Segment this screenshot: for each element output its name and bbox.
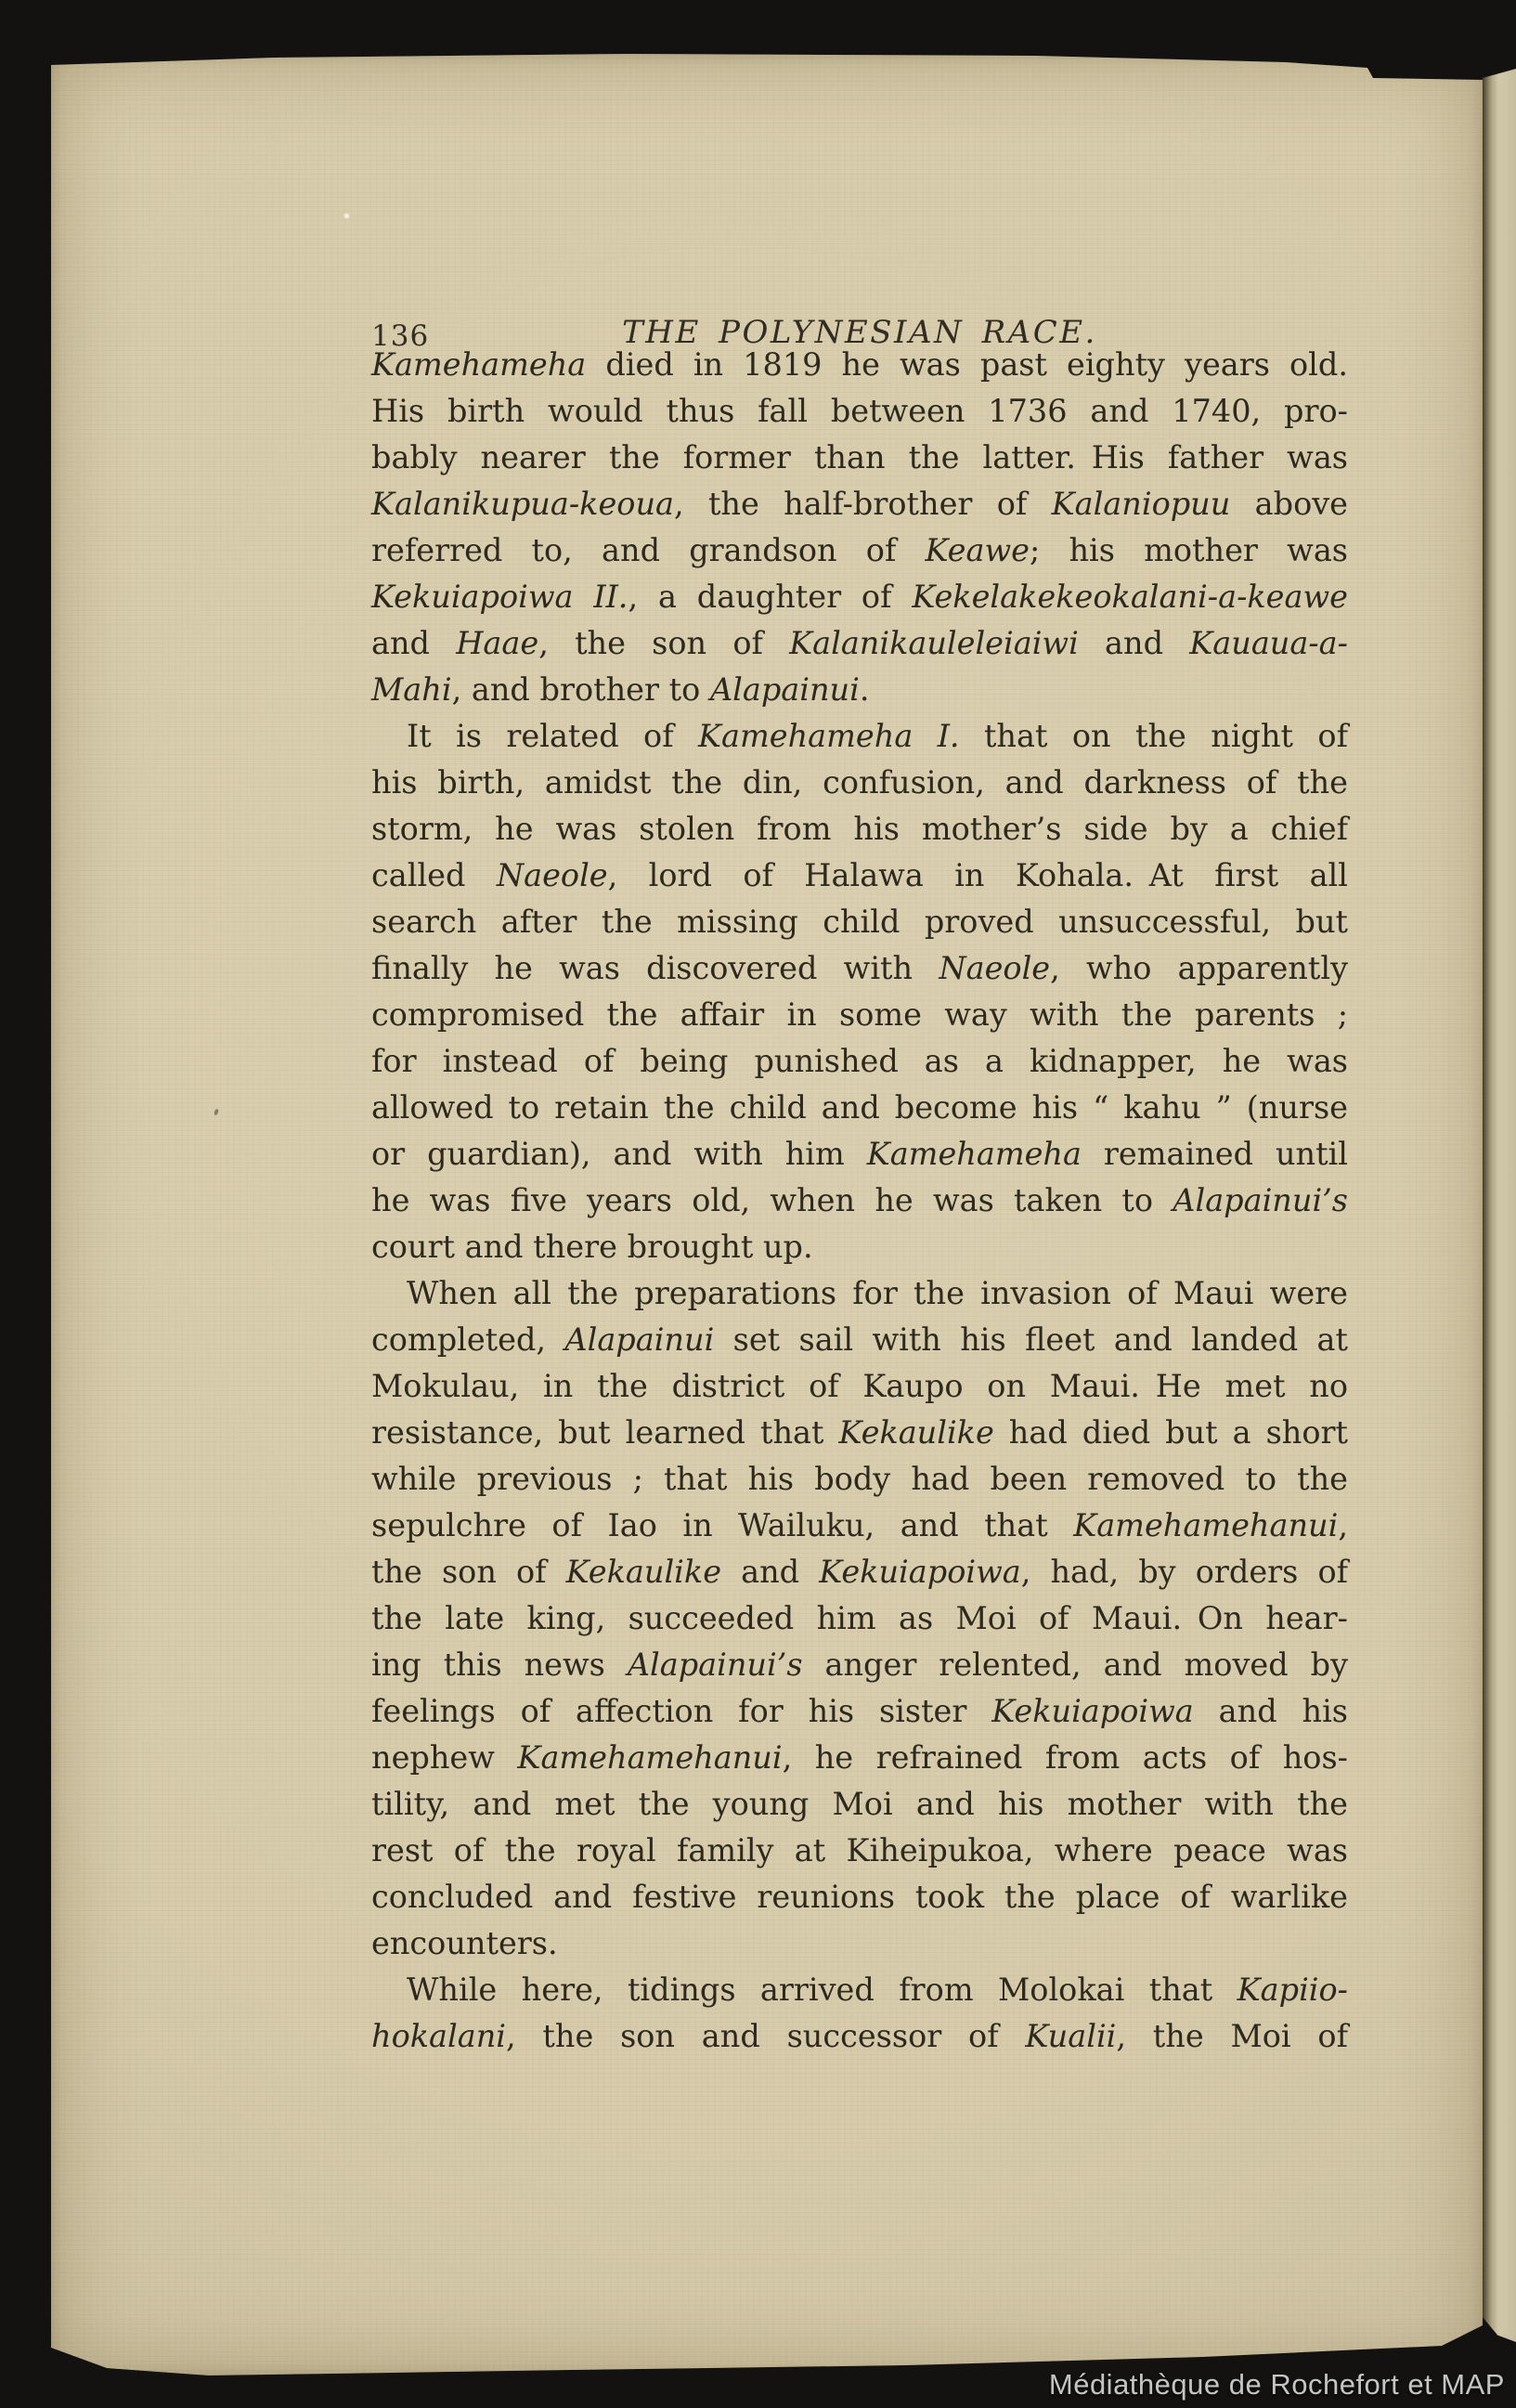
library-watermark: Médiathèque de Rochefort et MAP [1049,2368,1505,2401]
text-line: search after the missing child proved un… [371,899,1348,945]
text-line: and Haae, the son of Kalanikauleleiaiwi … [371,620,1348,667]
text-line: he was five years old, when he was taken… [371,1178,1348,1224]
text-line: sepulchre of Iao in Wailuku, and that Ka… [371,1503,1348,1549]
text-line: allowed to retain the child and become h… [371,1085,1348,1131]
text-line: When all the preparations for the invasi… [371,1270,1348,1317]
text-line: compromised the affair in some way with … [371,992,1348,1038]
text-line: His birth would thus fall between 1736 a… [371,388,1348,435]
text-line: nephew Kamehamehanui, he refrained from … [371,1735,1348,1781]
text-line: tility, and met the young Moi and his mo… [371,1781,1348,1828]
text-line: while previous ; that his body had been … [371,1456,1348,1503]
text-line: encounters. [371,1920,1348,1967]
text-block: Kamehameha died in 1819 he was past eigh… [371,342,1348,2060]
text-line: his birth, amidst the din, confusion, an… [371,760,1348,806]
scanned-book-page: 136 THE POLYNESIAN RACE. Kamehameha died… [51,54,1483,2375]
text-line: Mokulau, in the district of Kaupo on Mau… [371,1363,1348,1410]
text-line: Kalanikupua-keoua, the half-brother of K… [371,481,1348,527]
text-line: rest of the royal family at Kiheipukoa, … [371,1828,1348,1874]
text-line: Kamehameha died in 1819 he was past eigh… [371,342,1348,388]
text-line: the late king, succeeded him as Moi of M… [371,1595,1348,1642]
text-line: It is related of Kamehameha I. that on t… [371,713,1348,760]
text-line: hokalani, the son and successor of Kuali… [371,2013,1348,2060]
text-line: court and there brought up. [371,1224,1348,1270]
text-line: resistance, but learned that Kekaulike h… [371,1410,1348,1456]
text-line: Kekuiapoiwa II., a daughter of Kekelakek… [371,574,1348,620]
scanner-background: 136 THE POLYNESIAN RACE. Kamehameha died… [0,0,1516,2408]
text-line: finally he was discovered with Naeole, w… [371,945,1348,992]
text-line: While here, tidings arrived from Molokai… [371,1967,1348,2013]
text-line: feelings of affection for his sister Kek… [371,1688,1348,1735]
text-line: bably nearer the former than the latter.… [371,435,1348,481]
text-line: Mahi, and brother to Alapainui. [371,667,1348,713]
paper-speck [214,1109,219,1116]
text-line: concluded and festive reunions took the … [371,1874,1348,1920]
text-line: storm, he was stolen from his mother’s s… [371,806,1348,853]
text-line: for instead of being punished as a kidna… [371,1038,1348,1085]
text-line: ing this news Alapainui’s anger relented… [371,1642,1348,1688]
text-line: completed, Alapainui set sail with his f… [371,1317,1348,1363]
text-line: the son of Kekaulike and Kekuiapoiwa, ha… [371,1549,1348,1595]
paper-speck [344,214,349,218]
book-fore-edge [1483,69,1516,2342]
text-line: or guardian), and with him Kamehameha re… [371,1131,1348,1178]
text-line: referred to, and grandson of Keawe; his … [371,527,1348,574]
text-line: called Naeole, lord of Halawa in Kohala.… [371,853,1348,899]
